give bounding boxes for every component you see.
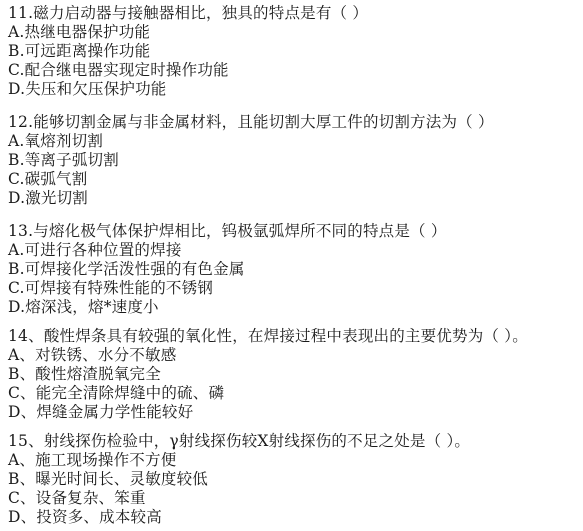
option-b: B.可远距离操作功能 <box>8 42 583 61</box>
question-15: 15、射线探伤检验中，γ射线探伤较X射线探伤的不足之处是（ ）。 A、施工现场操… <box>8 432 583 527</box>
option-d: D、焊缝金属力学性能较好 <box>8 403 583 422</box>
question-stem: 13.与熔化极气体保护焊相比，钨极氩弧焊所不同的特点是（ ） <box>8 222 583 241</box>
option-a: A.热继电器保护功能 <box>8 23 583 42</box>
option-c: C、设备复杂、笨重 <box>8 489 583 508</box>
question-13: 13.与熔化极气体保护焊相比，钨极氩弧焊所不同的特点是（ ） A.可进行各种位置… <box>8 222 583 317</box>
option-d: D.失压和欠压保护功能 <box>8 80 583 99</box>
option-a: A.氧熔剂切割 <box>8 132 583 151</box>
question-stem: 14、酸性焊条具有较强的氧化性，在焊接过程中表现出的主要优势为（ ）。 <box>8 327 583 346</box>
option-b: B.等离子弧切割 <box>8 151 583 170</box>
question-12: 12.能够切割金属与非金属材料，且能切割大厚工件的切割方法为（ ） A.氧熔剂切… <box>8 113 583 208</box>
option-c: C、能完全清除焊缝中的硫、磷 <box>8 384 583 403</box>
question-14: 14、酸性焊条具有较强的氧化性，在焊接过程中表现出的主要优势为（ ）。 A、对铁… <box>8 327 583 422</box>
question-stem: 12.能够切割金属与非金属材料，且能切割大厚工件的切割方法为（ ） <box>8 113 583 132</box>
option-a: A、对铁锈、水分不敏感 <box>8 346 583 365</box>
option-d: D、投资多、成本较高 <box>8 508 583 527</box>
option-b: B、曝光时间长、灵敏度较低 <box>8 470 583 489</box>
option-b: B、酸性熔渣脱氧完全 <box>8 365 583 384</box>
option-a: A、施工现场操作不方便 <box>8 451 583 470</box>
option-c: C.碳弧气割 <box>8 170 583 189</box>
option-c: C.配合继电器实现定时操作功能 <box>8 61 583 80</box>
option-d: D.熔深浅，熔*速度小 <box>8 298 583 317</box>
option-a: A.可进行各种位置的焊接 <box>8 241 583 260</box>
option-d: D.激光切割 <box>8 189 583 208</box>
question-11: 11.磁力启动器与接触器相比，独具的特点是有（ ） A.热继电器保护功能 B.可… <box>8 4 583 99</box>
question-stem: 11.磁力启动器与接触器相比，独具的特点是有（ ） <box>8 4 583 23</box>
exam-page: 11.磁力启动器与接触器相比，独具的特点是有（ ） A.热继电器保护功能 B.可… <box>0 0 583 531</box>
option-b: B.可焊接化学活泼性强的有色金属 <box>8 260 583 279</box>
option-c: C.可焊接有特殊性能的不锈钢 <box>8 279 583 298</box>
question-stem: 15、射线探伤检验中，γ射线探伤较X射线探伤的不足之处是（ ）。 <box>8 432 583 451</box>
